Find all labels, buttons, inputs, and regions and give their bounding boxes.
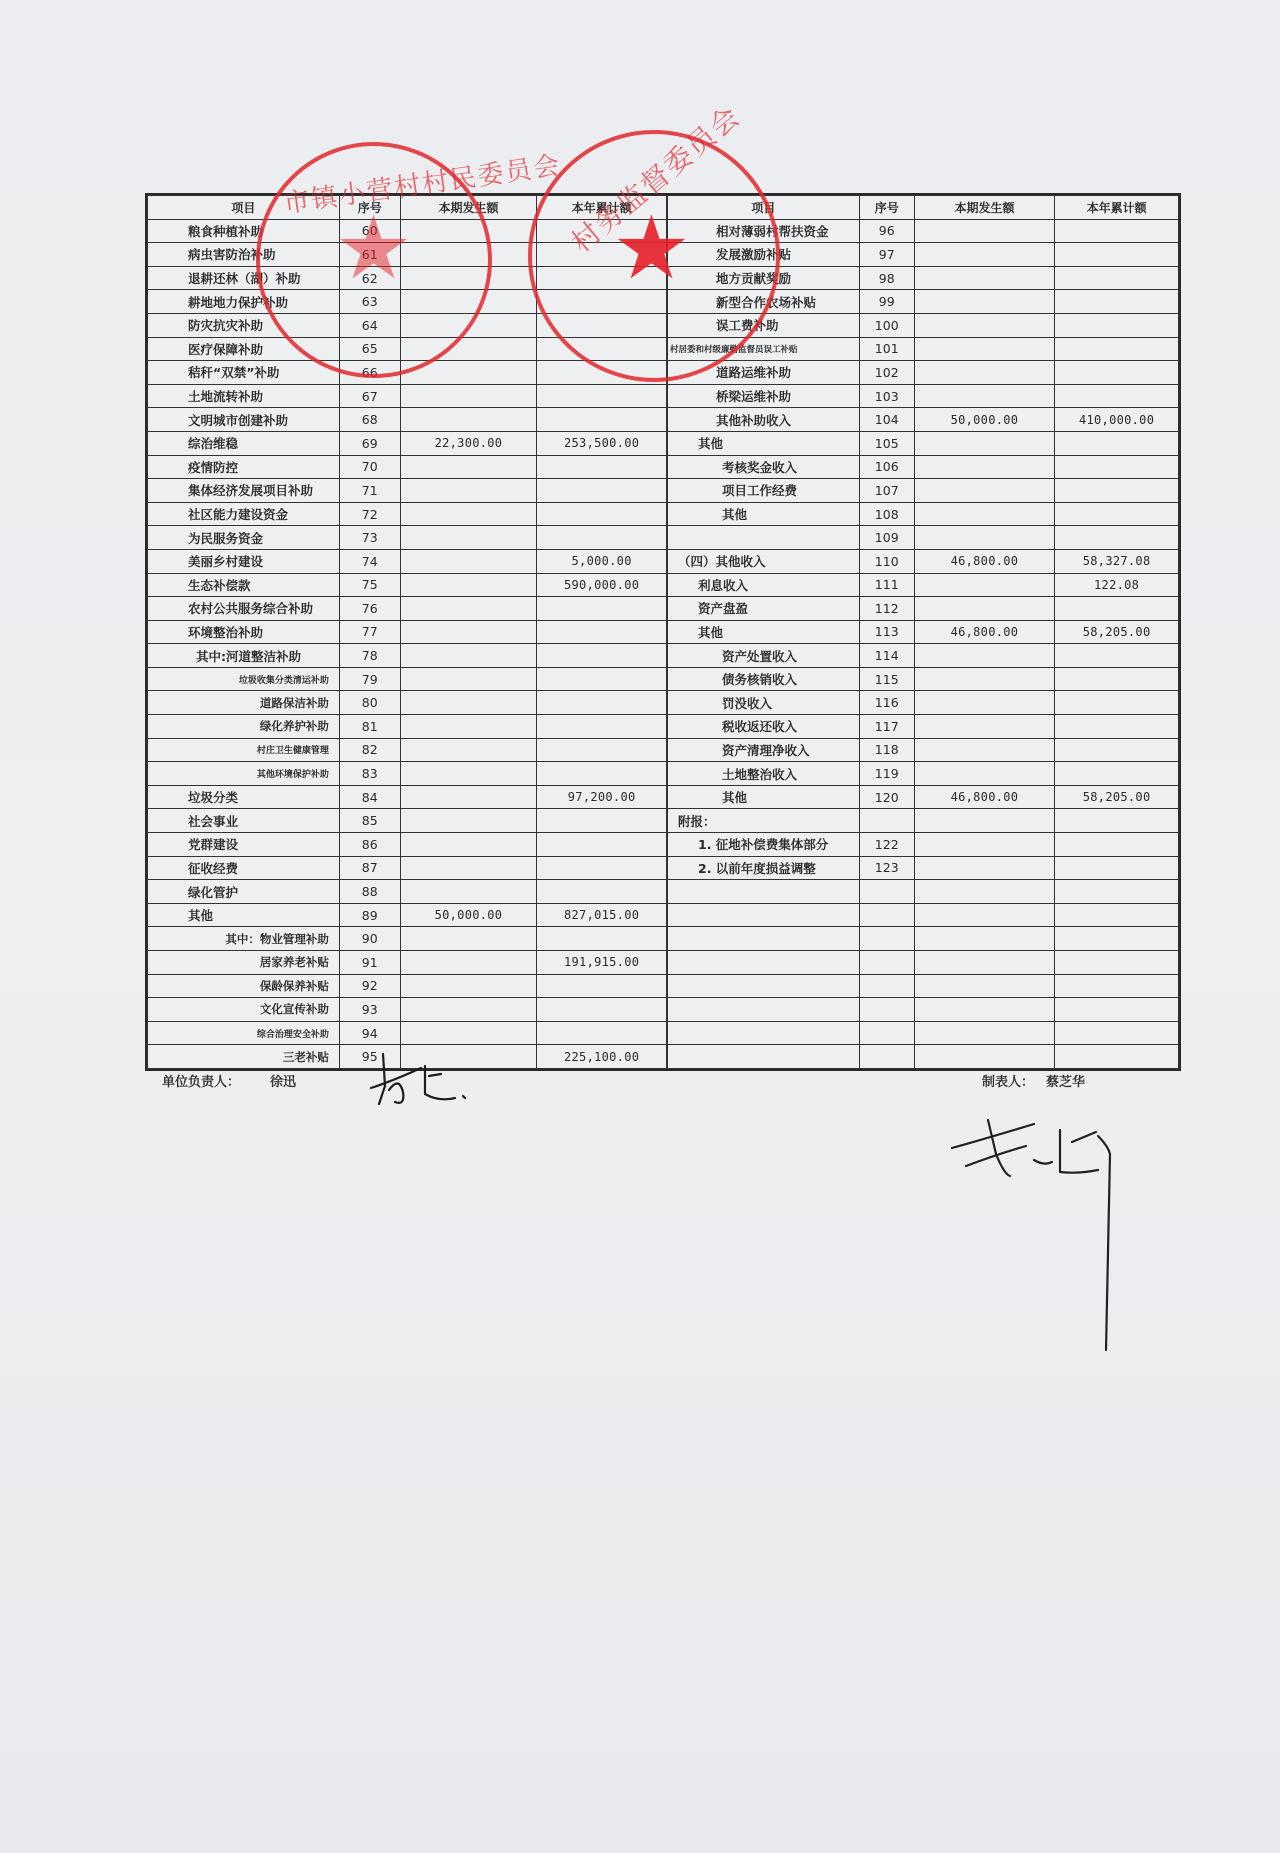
table-row: 资产清理净收入118: [668, 738, 1179, 762]
item-cell: 村庄卫生健康管理: [148, 738, 340, 762]
income-detail-table: 项目 序号 本期发生额 本年累计额 粮食种植补助60病虫害防治补助61退耕还林（…: [145, 193, 1181, 1071]
item-cell: 考核奖金收入: [668, 455, 860, 479]
table-row: 道路保洁补助80: [148, 691, 667, 715]
ytd-amount-cell: [1055, 856, 1179, 880]
ytd-amount-cell: [537, 927, 667, 951]
item-cell: 其他: [668, 785, 860, 809]
table-row: 利息收入111122.08: [668, 573, 1179, 597]
table-row: 集体经济发展项目补助71: [148, 479, 667, 503]
seq-cell: 90: [339, 927, 400, 951]
item-cell: 误工费补助: [668, 313, 860, 337]
seq-cell: [859, 1021, 914, 1045]
table-row: 为民服务资金73: [148, 526, 667, 550]
seq-cell: 75: [339, 573, 400, 597]
current-amount-cell: [400, 219, 537, 243]
item-cell: 桥梁运维补助: [668, 384, 860, 408]
current-amount-cell: [914, 290, 1055, 314]
table-row: 村庄卫生健康管理82: [148, 738, 667, 762]
item-cell: 道路运维补助: [668, 361, 860, 385]
seq-cell: 115: [859, 667, 914, 691]
current-amount-cell: [400, 573, 537, 597]
item-cell: 退耕还林（湖）补助: [148, 266, 340, 290]
ytd-amount-cell: [537, 667, 667, 691]
table-row: [668, 974, 1179, 998]
item-cell: 绿化养护补助: [148, 715, 340, 739]
seq-cell: 67: [339, 384, 400, 408]
ytd-amount-cell: 58,205.00: [1055, 785, 1179, 809]
ytd-amount-cell: 191,915.00: [537, 951, 667, 975]
seq-cell: [859, 1045, 914, 1069]
current-amount-cell: [914, 762, 1055, 786]
current-amount-cell: [400, 384, 537, 408]
current-amount-cell: [914, 573, 1055, 597]
table-row: [668, 880, 1179, 904]
seq-cell: [859, 998, 914, 1022]
table-header-row: 项目 序号 本期发生额 本年累计额: [148, 196, 667, 220]
ytd-amount-cell: [537, 361, 667, 385]
seq-cell: 62: [339, 266, 400, 290]
item-cell: 土地流转补助: [148, 384, 340, 408]
seq-cell: 60: [339, 219, 400, 243]
current-amount-cell: [400, 927, 537, 951]
seq-cell: 113: [859, 620, 914, 644]
seq-cell: 107: [859, 479, 914, 503]
table-row: 环境整治补助77: [148, 620, 667, 644]
current-amount-cell: [914, 384, 1055, 408]
table-row: 误工费补助100: [668, 313, 1179, 337]
seq-cell: 106: [859, 455, 914, 479]
ytd-amount-cell: [537, 313, 667, 337]
left-table: 项目 序号 本期发生额 本年累计额 粮食种植补助60病虫害防治补助61退耕还林（…: [147, 195, 667, 1069]
table-row: 其他环境保护补助83: [148, 762, 667, 786]
seq-cell: 87: [339, 856, 400, 880]
current-amount-cell: [914, 715, 1055, 739]
item-cell: 垃圾收集分类清运补助: [148, 667, 340, 691]
item-cell: 附报：: [668, 809, 860, 833]
item-cell: [668, 974, 860, 998]
ytd-amount-cell: [537, 290, 667, 314]
item-cell: 1. 征地补偿费集体部分: [668, 833, 860, 857]
item-cell: 美丽乡村建设: [148, 549, 340, 573]
current-amount-cell: [914, 502, 1055, 526]
current-amount-cell: [400, 880, 537, 904]
ytd-amount-cell: [537, 243, 667, 267]
ytd-amount-cell: [1055, 927, 1179, 951]
header-current-amount: 本期发生额: [400, 196, 537, 220]
table-row: 罚没收入116: [668, 691, 1179, 715]
item-cell: [668, 880, 860, 904]
item-cell: 其他环境保护补助: [148, 762, 340, 786]
item-cell: 农村公共服务综合补助: [148, 597, 340, 621]
seq-cell: 81: [339, 715, 400, 739]
seq-cell: 102: [859, 361, 914, 385]
table-row: 绿化管护88: [148, 880, 667, 904]
item-cell: 地方贡献奖励: [668, 266, 860, 290]
seq-cell: 118: [859, 738, 914, 762]
ytd-amount-cell: [1055, 526, 1179, 550]
item-cell: 党群建设: [148, 833, 340, 857]
ytd-amount-cell: [1055, 431, 1179, 455]
seq-cell: 100: [859, 313, 914, 337]
current-amount-cell: [914, 951, 1055, 975]
seq-cell: 80: [339, 691, 400, 715]
item-cell: 村居委和村级廉勤监督员误工补贴: [668, 337, 860, 361]
ytd-amount-cell: [1055, 951, 1179, 975]
current-amount-cell: [914, 833, 1055, 857]
seq-cell: [859, 927, 914, 951]
table-row: 其他8950,000.00827,015.00: [148, 903, 667, 927]
ytd-amount-cell: [1055, 337, 1179, 361]
table-row: 粮食种植补助60: [148, 219, 667, 243]
current-amount-cell: 22,300.00: [400, 431, 537, 455]
item-cell: 文化宣传补助: [148, 998, 340, 1022]
current-amount-cell: [400, 597, 537, 621]
table-row: 土地整治收入119: [668, 762, 1179, 786]
seq-cell: [859, 951, 914, 975]
current-amount-cell: 46,800.00: [914, 620, 1055, 644]
item-cell: 居家养老补贴: [148, 951, 340, 975]
ytd-amount-cell: 410,000.00: [1055, 408, 1179, 432]
item-cell: 环境整治补助: [148, 620, 340, 644]
item-cell: 病虫害防治补助: [148, 243, 340, 267]
item-cell: 生态补偿款: [148, 573, 340, 597]
seq-cell: 119: [859, 762, 914, 786]
ytd-amount-cell: [537, 856, 667, 880]
table-row: （四）其他收入11046,800.0058,327.08: [668, 549, 1179, 573]
item-cell: 项目工作经费: [668, 479, 860, 503]
ytd-amount-cell: [537, 479, 667, 503]
current-amount-cell: [914, 219, 1055, 243]
item-cell: [668, 1045, 860, 1069]
item-cell: 其他: [148, 903, 340, 927]
table-row: [668, 1045, 1179, 1069]
item-cell: 秸秆“双禁”补助: [148, 361, 340, 385]
table-row: 相对薄弱村帮扶资金96: [668, 219, 1179, 243]
seq-cell: 86: [339, 833, 400, 857]
ytd-amount-cell: [1055, 691, 1179, 715]
current-amount-cell: [400, 455, 537, 479]
seq-cell: 78: [339, 644, 400, 668]
table-row: 文化宣传补助93: [148, 998, 667, 1022]
current-amount-cell: [400, 266, 537, 290]
ytd-amount-cell: [537, 384, 667, 408]
item-cell: 新型合作农场补贴: [668, 290, 860, 314]
seq-cell: 98: [859, 266, 914, 290]
item-cell: 疫情防控: [148, 455, 340, 479]
current-amount-cell: [914, 809, 1055, 833]
ytd-amount-cell: 97,200.00: [537, 785, 667, 809]
current-amount-cell: [914, 856, 1055, 880]
table-row: 其他108: [668, 502, 1179, 526]
table-row: 三老补贴95225,100.00: [148, 1045, 667, 1069]
table-row: 其中:河道整洁补助78: [148, 644, 667, 668]
current-amount-cell: [914, 313, 1055, 337]
item-cell: 道路保洁补助: [148, 691, 340, 715]
current-amount-cell: [400, 243, 537, 267]
current-amount-cell: 46,800.00: [914, 549, 1055, 573]
ytd-amount-cell: 827,015.00: [537, 903, 667, 927]
table-header-row: 项目 序号 本期发生额 本年累计额: [668, 196, 1179, 220]
table-row: 生态补偿款75590,000.00: [148, 573, 667, 597]
table-row: 资产处置收入114: [668, 644, 1179, 668]
table-row: 防灾抗灾补助64: [148, 313, 667, 337]
item-cell: 资产清理净收入: [668, 738, 860, 762]
preparer-signature: [948, 1110, 1148, 1370]
table-row: 绿化养护补助81: [148, 715, 667, 739]
table-row: 居家养老补贴91191,915.00: [148, 951, 667, 975]
ytd-amount-cell: [537, 691, 667, 715]
table-row: 疫情防控70: [148, 455, 667, 479]
seq-cell: 74: [339, 549, 400, 573]
ytd-amount-cell: [537, 715, 667, 739]
current-amount-cell: [914, 1045, 1055, 1069]
seq-cell: 108: [859, 502, 914, 526]
item-cell: （四）其他收入: [668, 549, 860, 573]
item-cell: 医疗保障补助: [148, 337, 340, 361]
seq-cell: 95: [339, 1045, 400, 1069]
ytd-amount-cell: 590,000.00: [537, 573, 667, 597]
current-amount-cell: [914, 243, 1055, 267]
seq-cell: 110: [859, 549, 914, 573]
item-cell: 土地整治收入: [668, 762, 860, 786]
item-cell: 资产处置收入: [668, 644, 860, 668]
ytd-amount-cell: [1055, 903, 1179, 927]
item-cell: 社会事业: [148, 809, 340, 833]
preparer-line: 制表人：蔡芝华: [982, 1071, 1085, 1090]
item-cell: 2. 以前年度损益调整: [668, 856, 860, 880]
current-amount-cell: 50,000.00: [914, 408, 1055, 432]
header-ytd-amount: 本年累计额: [537, 196, 667, 220]
ytd-amount-cell: [537, 219, 667, 243]
seq-cell: 123: [859, 856, 914, 880]
current-amount-cell: [400, 620, 537, 644]
seq-cell: 114: [859, 644, 914, 668]
current-amount-cell: [400, 361, 537, 385]
ytd-amount-cell: [1055, 667, 1179, 691]
item-cell: 保龄保养补贴: [148, 974, 340, 998]
table-row: [668, 927, 1179, 951]
ytd-amount-cell: [537, 620, 667, 644]
current-amount-cell: [914, 903, 1055, 927]
table-row: 附报：: [668, 809, 1179, 833]
current-amount-cell: [914, 266, 1055, 290]
ytd-amount-cell: [1055, 1021, 1179, 1045]
item-cell: 综治维稳: [148, 431, 340, 455]
ytd-amount-cell: [1055, 313, 1179, 337]
item-cell: 其他: [668, 431, 860, 455]
ytd-amount-cell: [537, 408, 667, 432]
seq-cell: 61: [339, 243, 400, 267]
current-amount-cell: 50,000.00: [400, 903, 537, 927]
ytd-amount-cell: [537, 833, 667, 857]
item-cell: 税收返还收入: [668, 715, 860, 739]
table-row: 农村公共服务综合补助76: [148, 597, 667, 621]
current-amount-cell: [400, 833, 537, 857]
current-amount-cell: [400, 667, 537, 691]
table-row: 文明城市创建补助68: [148, 408, 667, 432]
table-row: 地方贡献奖励98: [668, 266, 1179, 290]
table-row: 医疗保障补助65: [148, 337, 667, 361]
current-amount-cell: [400, 715, 537, 739]
ytd-amount-cell: [1055, 998, 1179, 1022]
ytd-amount-cell: [1055, 361, 1179, 385]
seq-cell: 64: [339, 313, 400, 337]
header-seq: 序号: [859, 196, 914, 220]
seq-cell: 68: [339, 408, 400, 432]
item-cell: [668, 903, 860, 927]
ytd-amount-cell: 225,100.00: [537, 1045, 667, 1069]
current-amount-cell: [914, 738, 1055, 762]
unit-head-label: 单位负责人：: [162, 1075, 240, 1090]
item-cell: 社区能力建设资金: [148, 502, 340, 526]
ytd-amount-cell: [1055, 809, 1179, 833]
ytd-amount-cell: [537, 455, 667, 479]
seq-cell: 65: [339, 337, 400, 361]
seq-cell: 89: [339, 903, 400, 927]
table-row: 社会事业85: [148, 809, 667, 833]
seq-cell: [859, 974, 914, 998]
table-row: 党群建设86: [148, 833, 667, 857]
current-amount-cell: [400, 809, 537, 833]
item-cell: 三老补贴: [148, 1045, 340, 1069]
current-amount-cell: [400, 526, 537, 550]
item-cell: 绿化管护: [148, 880, 340, 904]
seq-cell: 76: [339, 597, 400, 621]
ytd-amount-cell: [537, 266, 667, 290]
ytd-amount-cell: [1055, 455, 1179, 479]
item-cell: 罚没收入: [668, 691, 860, 715]
seq-cell: 66: [339, 361, 400, 385]
item-cell: 垃圾分类: [148, 785, 340, 809]
seq-cell: 105: [859, 431, 914, 455]
current-amount-cell: [400, 479, 537, 503]
ytd-amount-cell: [1055, 974, 1179, 998]
table-row: 秸秆“双禁”补助66: [148, 361, 667, 385]
ytd-amount-cell: 5,000.00: [537, 549, 667, 573]
seq-cell: 117: [859, 715, 914, 739]
seq-cell: 120: [859, 785, 914, 809]
current-amount-cell: [914, 998, 1055, 1022]
table-row: [668, 903, 1179, 927]
current-amount-cell: [400, 313, 537, 337]
item-cell: 征收经费: [148, 856, 340, 880]
header-seq: 序号: [339, 196, 400, 220]
ytd-amount-cell: [1055, 644, 1179, 668]
current-amount-cell: [914, 361, 1055, 385]
ytd-amount-cell: [537, 526, 667, 550]
seq-cell: 79: [339, 667, 400, 691]
table-row: 新型合作农场补贴99: [668, 290, 1179, 314]
seq-cell: 93: [339, 998, 400, 1022]
current-amount-cell: [914, 880, 1055, 904]
seq-cell: 63: [339, 290, 400, 314]
ytd-amount-cell: [1055, 597, 1179, 621]
table-row: 美丽乡村建设745,000.00: [148, 549, 667, 573]
header-item: 项目: [668, 196, 860, 220]
seq-cell: 70: [339, 455, 400, 479]
seq-cell: 77: [339, 620, 400, 644]
seq-cell: 73: [339, 526, 400, 550]
header-ytd-amount: 本年累计额: [1055, 196, 1179, 220]
seq-cell: [859, 880, 914, 904]
seq-cell: 69: [339, 431, 400, 455]
item-cell: 其他: [668, 502, 860, 526]
seq-cell: 85: [339, 809, 400, 833]
preparer-label: 制表人：: [982, 1075, 1034, 1090]
item-cell: 集体经济发展项目补助: [148, 479, 340, 503]
ytd-amount-cell: [1055, 290, 1179, 314]
seq-cell: 94: [339, 1021, 400, 1045]
current-amount-cell: [914, 597, 1055, 621]
item-cell: 债务核销收入: [668, 667, 860, 691]
table-row: 道路运维补助102: [668, 361, 1179, 385]
table-row: 税收返还收入117: [668, 715, 1179, 739]
item-cell: 其中：物业管理补助: [148, 927, 340, 951]
seq-cell: 96: [859, 219, 914, 243]
ytd-amount-cell: [537, 597, 667, 621]
table-row: 桥梁运维补助103: [668, 384, 1179, 408]
current-amount-cell: [400, 785, 537, 809]
ytd-amount-cell: [1055, 880, 1179, 904]
preparer-name: 蔡芝华: [1046, 1075, 1085, 1090]
table-row: 垃圾分类8497,200.00: [148, 785, 667, 809]
current-amount-cell: [914, 526, 1055, 550]
table-row: 保龄保养补贴92: [148, 974, 667, 998]
table-row: 其他105: [668, 431, 1179, 455]
current-amount-cell: [400, 1045, 537, 1069]
table-row: 债务核销收入115: [668, 667, 1179, 691]
table-row: 其他11346,800.0058,205.00: [668, 620, 1179, 644]
seq-cell: 109: [859, 526, 914, 550]
unit-head-name: 徐迅: [270, 1075, 296, 1090]
current-amount-cell: [400, 856, 537, 880]
seq-cell: [859, 903, 914, 927]
ytd-amount-cell: [1055, 1045, 1179, 1069]
seq-cell: 97: [859, 243, 914, 267]
current-amount-cell: [400, 951, 537, 975]
ytd-amount-cell: 58,327.08: [1055, 549, 1179, 573]
seq-cell: 72: [339, 502, 400, 526]
seq-cell: 122: [859, 833, 914, 857]
ytd-amount-cell: [1055, 479, 1179, 503]
item-cell: [668, 998, 860, 1022]
ytd-amount-cell: 58,205.00: [1055, 620, 1179, 644]
current-amount-cell: [400, 738, 537, 762]
header-item: 项目: [148, 196, 340, 220]
item-cell: 为民服务资金: [148, 526, 340, 550]
current-amount-cell: [400, 1021, 537, 1045]
current-amount-cell: [400, 502, 537, 526]
item-cell: 防灾抗灾补助: [148, 313, 340, 337]
seq-cell: 111: [859, 573, 914, 597]
right-table: 项目 序号 本期发生额 本年累计额 相对薄弱村帮扶资金96发展激励补贴97地方贡…: [667, 195, 1179, 1069]
item-cell: 文明城市创建补助: [148, 408, 340, 432]
item-cell: 发展激励补贴: [668, 243, 860, 267]
current-amount-cell: [914, 691, 1055, 715]
current-amount-cell: [400, 974, 537, 998]
seq-cell: 112: [859, 597, 914, 621]
current-amount-cell: [914, 667, 1055, 691]
table-row: 项目工作经费107: [668, 479, 1179, 503]
current-amount-cell: [400, 337, 537, 361]
table-row: 109: [668, 526, 1179, 550]
current-amount-cell: [400, 762, 537, 786]
ytd-amount-cell: 122.08: [1055, 573, 1179, 597]
seq-cell: 91: [339, 951, 400, 975]
seq-cell: 92: [339, 974, 400, 998]
table-row: 2. 以前年度损益调整123: [668, 856, 1179, 880]
ytd-amount-cell: [1055, 762, 1179, 786]
